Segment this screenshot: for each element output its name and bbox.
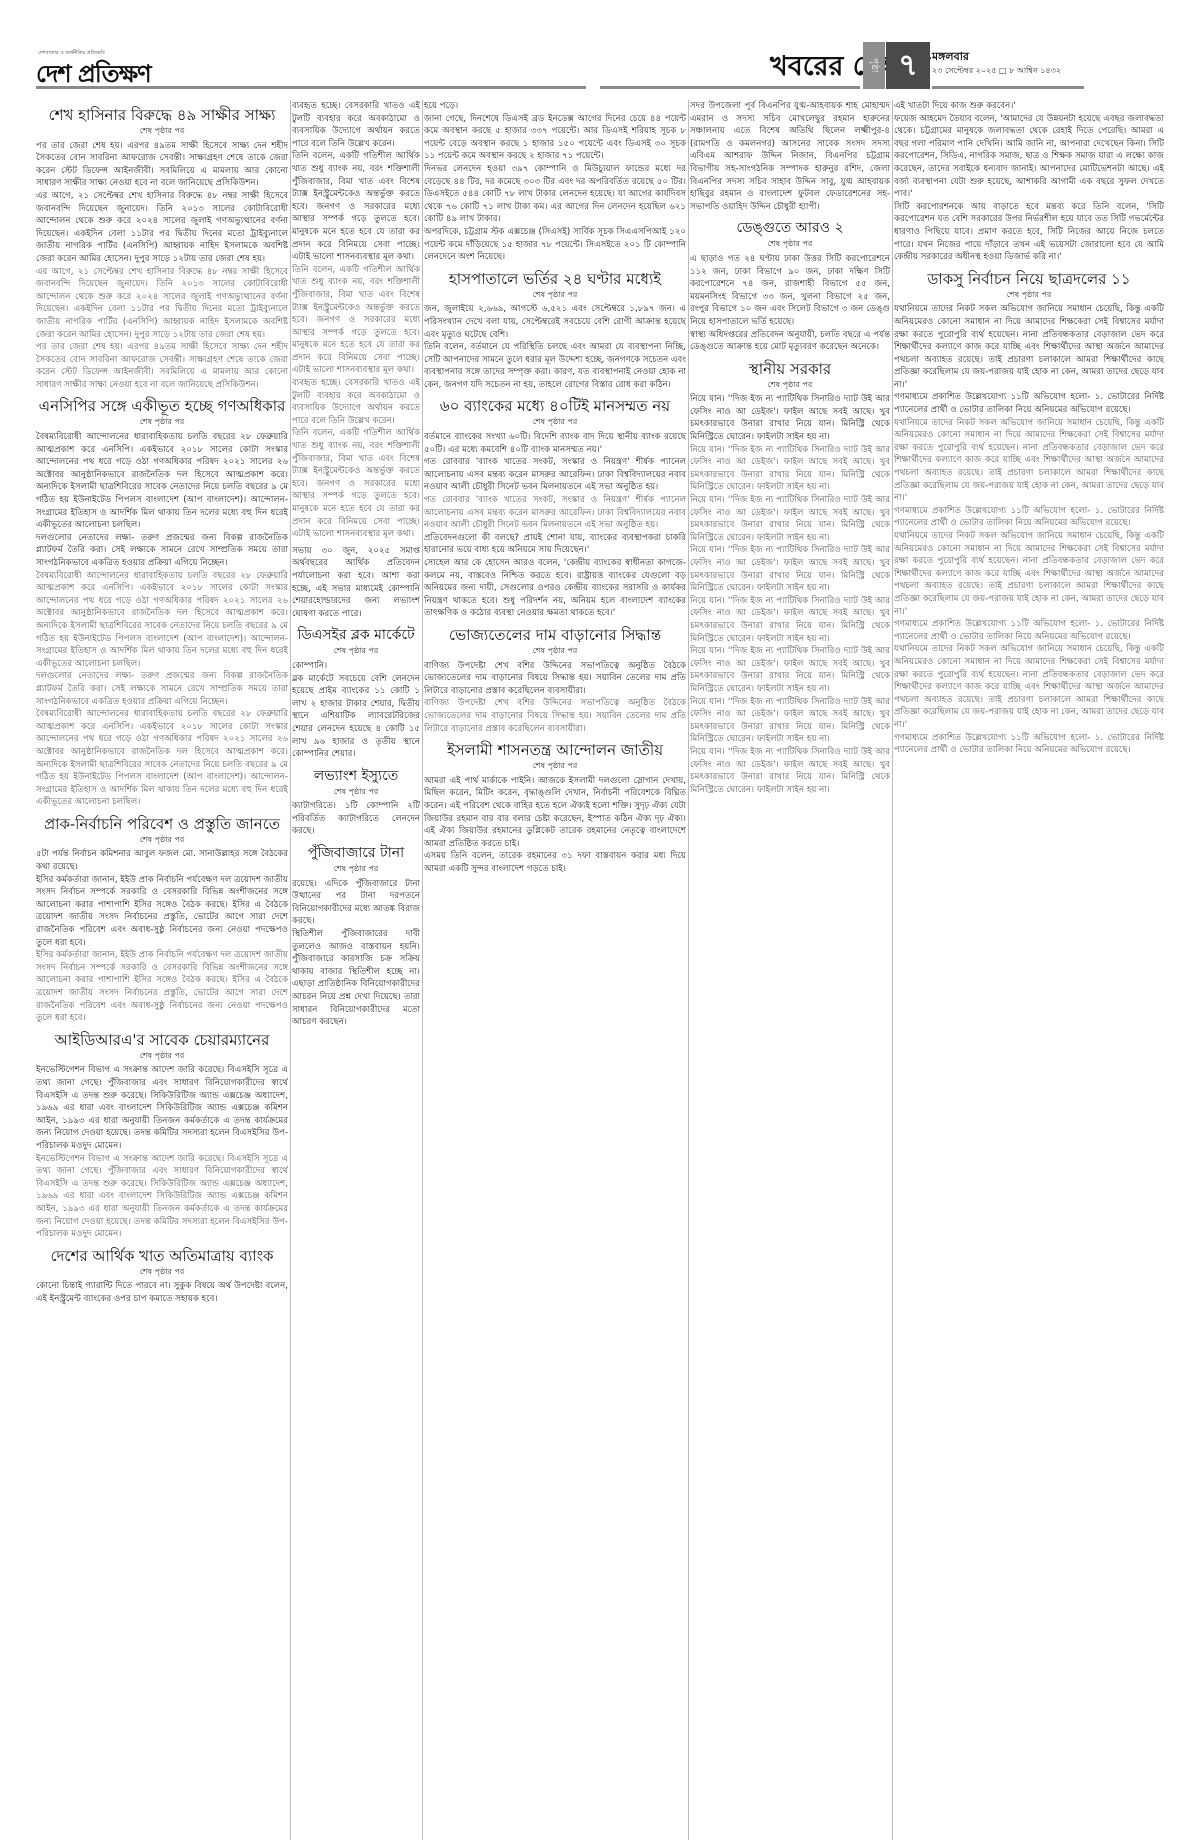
paragraph: এই খাতটা দিয়ে কাজ শুরু করবেন।' [894, 100, 1164, 113]
paragraph: নিয়ে যান। ''দিজ ইজ ন্য প্যাটিথিক সিনারি… [690, 746, 890, 796]
paragraph: নিয়ে যান। ''দিজ ইজ ন্য প্যাটিথিক সিনারি… [690, 544, 890, 594]
paragraph: নিয়ে যান। ''দিজ ইজ ন্য প্যাটিথিক সিনারি… [690, 645, 890, 695]
column-divider [892, 100, 893, 1840]
headline[interactable]: ডাকসু নির্বাচন নিয়ে ছাত্রদলের ১১ [894, 270, 1164, 288]
continuation-label: শেষ পৃষ্ঠার পর [36, 125, 288, 138]
masthead: দেশবাজার ও অর্থনীতির প্রতিচ্ছবি দেশ প্রত… [0, 0, 1200, 95]
article-dengue: ডেঙ্গুতে আরও ২ শেষ পৃষ্ঠার পর এ ছাড়াও গ… [690, 219, 890, 353]
paragraph: বর্তমানে ব্যাংকের সংখ্যা ৬০টি। বিদেশি ব্… [424, 431, 686, 456]
headline[interactable]: প্রাক-নির্বাচনি পরিবেশ ও প্রস্তুতি জানতে [36, 815, 288, 833]
headline[interactable]: ডেঙ্গুতে আরও ২ [690, 219, 890, 237]
article-banks-60: ৬০ ব্যাংকের মধ্যে ৪০টিই মানসম্মত নয় শেষ… [424, 397, 686, 620]
paragraph: সোহেল আর কে হোসেন আরও বলেন, 'কেন্দ্রীয় … [424, 557, 686, 620]
paragraph: ইসির কর্মকর্তারা জানান, ইইউ প্রাক নির্বা… [36, 949, 288, 1025]
article-pre-election: প্রাক-নির্বাচনি পরিবেশ ও প্রস্তুতি জানতে… [36, 815, 288, 1025]
column-3: হয়ে পড়ে। জানা গেছে, দিনশেষে ডিএসই ব্রড… [424, 100, 686, 1840]
column-divider [688, 100, 689, 1840]
paragraph: তিনি বলেন, একটি গতিশীল আর্থিক খাত শুধু ব… [292, 150, 420, 263]
headline[interactable]: লভ্যাংশ ইস্যুতে [292, 767, 420, 785]
paragraph: অপরদিকে, চট্টগ্রাম স্টক এক্সচেঞ্জ (সিএসই… [424, 226, 686, 264]
paragraph: কোনো চিন্তাই গ্যারান্টি দিতে পারবে না। স… [36, 1280, 288, 1305]
paragraph: এর আগে, ২১ সেপ্টেম্বর শেখ হাসিনার বিরুদ্… [36, 266, 288, 342]
paragraph: জানা গেছে, দিনশেষে ডিএসই ব্রড ইনডেক্স আগ… [424, 113, 686, 163]
continuation-label: শেষ পৃষ্ঠার পর [292, 786, 420, 799]
paragraph: এসময় তিনি বলেন, তারেক রহমানের ৩১ দফা বা… [424, 850, 686, 875]
headline[interactable]: ইসলামী শাসনতন্ত্র আন্দোলন জাতীয় [424, 741, 686, 759]
headline[interactable]: ৬০ ব্যাংকের মধ্যে ৪০টিই মানসম্মত নয় [424, 397, 686, 415]
article-idra-chairman: আইডিআরএ'র সাবেক চেয়ারম্যানের শেষ পৃষ্ঠা… [36, 1031, 288, 1241]
paragraph: বাণিজ্য উপদেষ্টা শেখ বশির উদ্দিনের সভাপত… [424, 697, 686, 735]
column-4: সদর উপজেলা পূর্ব বিএনপির যুগ্ম-আহবায়ক শ… [690, 100, 890, 1840]
paragraph: নিয়ে যান। ''দিজ ইজ ন্য প্যাটিথিক সিনারি… [690, 444, 890, 494]
paragraph: যথানিয়মে তাদের নিকট সকল অভিযোগ জানিয়ে … [894, 417, 1164, 505]
paragraph: বৈষম্যবিরোধী আন্দোলনের ধারাবাহিকতায় চলত… [36, 570, 288, 671]
article-bnp-event: সদর উপজেলা পূর্ব বিএনপির যুগ্ম-আহবায়ক শ… [690, 100, 890, 213]
paragraph: কোম্পানি। [292, 660, 420, 673]
headline[interactable]: আইডিআরএ'র সাবেক চেয়ারম্যানের [36, 1031, 288, 1049]
paragraph: তিনি বলেন, বর্তমানে যে পরিস্থিতি চলছে এব… [424, 341, 686, 391]
paragraph: দলগুলোর নেতাদের লক্ষ্য- তরুণ প্রজন্মের জ… [36, 532, 288, 570]
paragraph: সভায় ৩০ জুন, ২০২৫ সমাপ্ত অর্থবছরের আর্থ… [292, 545, 420, 621]
masthead-rule [932, 86, 1084, 89]
paragraph: দিনভর লেনদেন হওয়া ৩৯৭ কোম্পানি ও মিউচ্য… [424, 163, 686, 226]
headline[interactable]: ডিএসইর ব্লক মার্কেটে [292, 626, 420, 644]
paragraph: রয়েছে। এদিকে পুঁজিবাজারে টানা উত্থানের … [292, 878, 420, 928]
paragraph: বাণিজ্য উপদেষ্টা শেখ বশির উদ্দিনের সভাপত… [424, 660, 686, 698]
masthead-rule [600, 86, 860, 89]
headline[interactable]: ভোজ্যতেলের দাম বাড়ানোর সিদ্ধান্ত [424, 626, 686, 644]
continuation-label: শেষ পৃষ্ঠার পর [292, 645, 420, 658]
paragraph: প্রতিবেদনগুলো কী বলছে? প্রায়ই শোনা যায়… [424, 532, 686, 557]
continuation-label: শেষ পৃষ্ঠার পর [424, 416, 686, 429]
paragraph: ব্যবহৃত হচ্ছে। বেসরকারি খাতও এই টুলটি ব্… [292, 100, 420, 150]
paragraph: সিটি করপোরশনকে আয় বাড়াতে হবে মন্তব্য ক… [894, 201, 1164, 264]
article-local-govt: স্থানীয় সরকার শেষ পৃষ্ঠার পর নিয়ে যান।… [690, 360, 890, 797]
headline[interactable]: দেশের আর্থিক খাত অতিমাত্রায় ব্যাংক [36, 1247, 288, 1265]
paragraph: তিনি বলেন, একটি গতিশীল আর্থিক খাত শুধু ব… [292, 264, 420, 377]
paragraph: যথানিয়মে তাদের নিকট সকল অভিযোগ জানিয়ে … [894, 643, 1164, 731]
paragraph: স্থিতিশীল পুঁজিবাজারের দাবী তুললেও আজও ব… [292, 928, 420, 1029]
newspaper-logo[interactable]: দেশ প্রতিক্ষণ [36, 56, 151, 96]
continuation-label: শেষ পৃষ্ঠার পর [690, 238, 890, 251]
paragraph: ফয়েজ আহমেদ তৈয়্যব বলেন, 'আমাদের যে উন্… [894, 113, 1164, 201]
paragraph: ব্যবহৃত হচ্ছে। বেসরকারি খাতও এই টুলটি ব্… [292, 377, 420, 427]
headline[interactable]: স্থানীয় সরকার [690, 360, 890, 378]
issue-date: ২৩ সেপ্টেম্বর ২০২৫ □ ৮ আশ্বিন ১৪৩২ [932, 65, 1061, 78]
continuation-label: শেষ পৃষ্ঠার পর [36, 1266, 288, 1279]
paragraph: বৈষম্যবিরোধী আন্দোলনের ধারাবাহিকতায় চলত… [36, 708, 288, 809]
article-agm: সভায় ৩০ জুন, ২০২৫ সমাপ্ত অর্থবছরের আর্থ… [292, 545, 420, 621]
paragraph: ইনভেস্টিগেশন বিভাগ এ সংক্রান্ত আদেশ জারি… [36, 1153, 288, 1241]
paragraph: বৈষম্যবিরোধী আন্দোলনের ধারাবাহিকতায় চলত… [36, 431, 288, 532]
paragraph: এর আগে, ২১ সেপ্টেম্বর শেখ হাসিনার বিরুদ্… [36, 190, 288, 266]
paragraph: গণমাধ্যমে প্রকাশিত উল্লেখযোগ্য ১১টি অভিয… [894, 732, 1164, 757]
paragraph: নিয়ে যান। ''দিজ ইজ ন্য প্যাটিথিক সিনারি… [690, 494, 890, 544]
page-number: ৭ [886, 42, 930, 89]
paragraph: ইসির কর্মকর্তারা জানান, ইইউ প্রাক নির্বা… [36, 874, 288, 950]
column-divider [290, 100, 291, 1840]
continuation-label: শেষ পৃষ্ঠার পর [424, 760, 686, 773]
paragraph: পর তার জেরা শেষ হয়। এরপর ৪৯তম সাক্ষী হি… [36, 140, 288, 190]
paragraph: হয়ে পড়ে। [424, 100, 686, 113]
paragraph: নিয়ে যান। ''দিজ ইজ ন্য প্যাটিথিক সিনারি… [690, 696, 890, 746]
paragraph: নিয়ে যান। ''দিজ ইজ ন্য প্যাটিথিক সিনারি… [690, 595, 890, 645]
article-capital-market: পুঁজিবাজারে টানা শেষ পৃষ্ঠার পর রয়েছে। … [292, 844, 420, 1029]
page-label: পৃষ্ঠা [863, 42, 885, 89]
article-dakshu-election: ডাকসু নির্বাচন নিয়ে ছাত্রদলের ১১ শেষ পৃ… [894, 270, 1164, 757]
paragraph: গণমাধ্যমে প্রকাশিত উল্লেখযোগ্য ১১টি অভিয… [894, 505, 1164, 530]
paragraph: গণমাধ্যমে প্রকাশিত উল্লেখযোগ্য ১১টি অভিয… [894, 391, 1164, 416]
paragraph: জন, জুলাইয়ে ২,৬৬৯, আগস্টে ৬,৫২১ এবং সেপ… [424, 303, 686, 341]
headline[interactable]: হাসপাতালে ভর্তির ২৪ ঘণ্টার মধ্যেই [424, 270, 686, 288]
paragraph: যথানিয়মে তাদের নিকট সকল অভিযোগ জানিয়ে … [894, 530, 1164, 618]
paragraph: দলগুলোর নেতাদের লক্ষ্য- তরুণ প্রজন্মের জ… [36, 670, 288, 708]
article-chattogram-mayor: এই খাতটা দিয়ে কাজ শুরু করবেন।' ফয়েজ আহ… [894, 100, 1164, 264]
paragraph: ইনভেস্টিগেশন বিভাগ এ সংক্রান্ত আদেশ জারি… [36, 1064, 288, 1152]
column-1: শেখ হাসিনার বিরুদ্ধে ৪৯ সাক্ষীর সাক্ষ্য … [36, 100, 288, 1840]
continuation-label: শেষ পৃষ্ঠার পর [292, 863, 420, 876]
paragraph: গণমাধ্যমে প্রকাশিত উল্লেখযোগ্য ১১টি অভিয… [894, 618, 1164, 643]
paragraph: এ ছাড়াও গত ২৪ ঘণ্টায় ঢাকা উত্তর সিটি ক… [690, 253, 890, 329]
paragraph: গত রোববার 'ব্যাংক খাতের সংকট, সংস্কার ও … [424, 494, 686, 532]
article-finance-cont: ব্যবহৃত হচ্ছে। বেসরকারি খাতও এই টুলটি ব্… [292, 100, 420, 541]
headline[interactable]: এনসিপির সঙ্গে একীভূত হচ্ছে গণঅধিকার [36, 397, 288, 415]
paragraph: সদর উপজেলা পূর্ব বিএনপির যুগ্ম-আহবায়ক শ… [690, 100, 890, 213]
column-divider [422, 100, 423, 1840]
article-hasina-witness: শেখ হাসিনার বিরুদ্ধে ৪৯ সাক্ষীর সাক্ষ্য … [36, 106, 288, 391]
article-hospital-24h: হাসপাতালে ভর্তির ২৪ ঘণ্টার মধ্যেই শেষ পৃ… [424, 270, 686, 392]
paragraph: গত রোববার 'ব্যাংক খাতের সংকট, সংস্কার ও … [424, 456, 686, 494]
continuation-label: শেষ পৃষ্ঠার পর [36, 1050, 288, 1063]
article-dividend: লভ্যাংশ ইস্যুতে শেষ পৃষ্ঠার পর ক্যাটাগরি… [292, 767, 420, 838]
paragraph: যথানিয়মে তাদের নিকট সকল অভিযোগ জানিয়ে … [894, 303, 1164, 391]
continuation-label: শেষ পৃষ্ঠার পর [424, 289, 686, 302]
headline[interactable]: পুঁজিবাজারে টানা [292, 844, 420, 862]
continuation-label: শেষ পৃষ্ঠার পর [690, 379, 890, 392]
paragraph: তিনি বলেন, একটি গতিশীল আর্থিক খাত শুধু ব… [292, 427, 420, 540]
paragraph: নিয়ে যান। ''দিজ ইজ ন্য প্যাটিথিক সিনারি… [690, 393, 890, 443]
article-islamic-rule: ইসলামী শাসনতন্ত্র আন্দোলন জাতীয় শেষ পৃষ… [424, 741, 686, 875]
paragraph: পর তার জেরা শেষ হয়। এরপর ৪৯তম সাক্ষী হি… [36, 341, 288, 391]
article-dse-block: ডিএসইর ব্লক মার্কেটে শেষ পৃষ্ঠার পর কোম্… [292, 626, 420, 760]
continuation-label: শেষ পৃষ্ঠার পর [36, 834, 288, 847]
article-market-index: হয়ে পড়ে। জানা গেছে, দিনশেষে ডিএসই ব্রড… [424, 100, 686, 264]
continuation-label: শেষ পৃষ্ঠার পর [424, 645, 686, 658]
column-5: এই খাতটা দিয়ে কাজ শুরু করবেন।' ফয়েজ আহ… [894, 100, 1164, 1840]
paragraph: আমরা এই পার্থ মার্কাকে পাইনি। আজকে ইসলাম… [424, 775, 686, 851]
article-edible-oil: ভোজ্যতেলের দাম বাড়ানোর সিদ্ধান্ত শেষ পৃ… [424, 626, 686, 735]
headline[interactable]: শেখ হাসিনার বিরুদ্ধে ৪৯ সাক্ষীর সাক্ষ্য [36, 106, 288, 124]
article-finance-bank: দেশের আর্থিক খাত অতিমাত্রায় ব্যাংক শেষ … [36, 1247, 288, 1306]
masthead-rule [36, 86, 586, 89]
paragraph: ব্লক মার্কেটে সবচেয়ে বেশি লেনদেন হয়েছে… [292, 673, 420, 761]
paragraph: ক্যাটাগরিতে। ১টি কোম্পানি ২টি পরিবর্তিত … [292, 800, 420, 838]
article-ncp-merger: এনসিপির সঙ্গে একীভূত হচ্ছে গণঅধিকার শেষ … [36, 397, 288, 808]
paragraph: স্বাস্থ্য অধিদপ্তরের প্রতিবেদন অনুযায়ী,… [690, 329, 890, 354]
paragraph: ৫টা পর্যন্ত নির্বাচন কমিশনার আবুল ফজল মো… [36, 848, 288, 873]
continuation-label: শেষ পৃষ্ঠার পর [36, 416, 288, 429]
column-2: ব্যবহৃত হচ্ছে। বেসরকারি খাতও এই টুলটি ব্… [292, 100, 420, 1840]
continuation-label: শেষ পৃষ্ঠার পর [894, 289, 1164, 302]
